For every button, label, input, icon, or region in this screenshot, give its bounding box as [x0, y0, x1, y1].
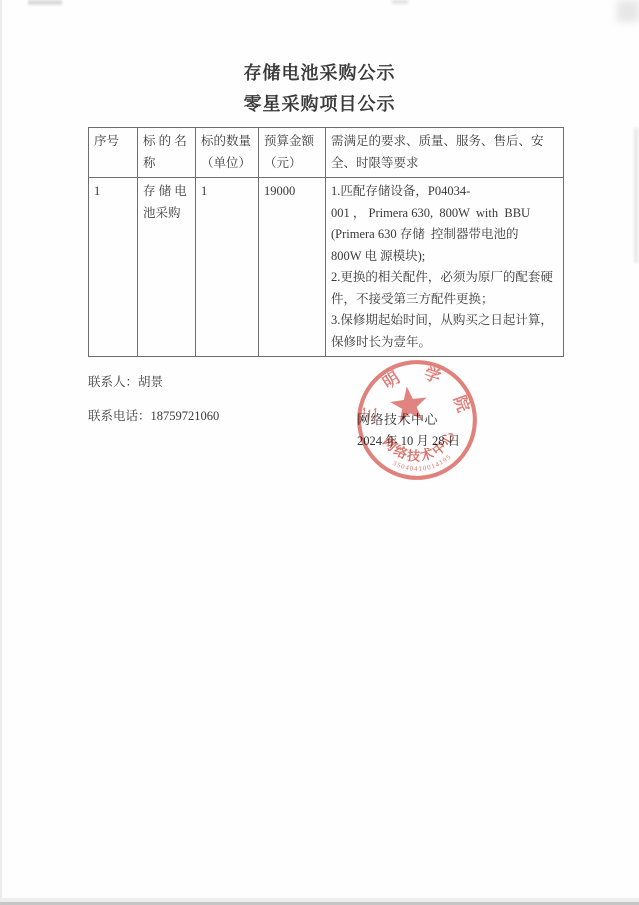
- document-body: 序号 标 的 名 称 标的数量 （单位） 预算金额 （元） 需满足的要求、质量、…: [0, 127, 639, 424]
- contact-phone-label: 联系电话：: [88, 409, 151, 423]
- procurement-table: 序号 标 的 名 称 标的数量 （单位） 预算金额 （元） 需满足的要求、质量、…: [88, 127, 564, 357]
- cell-name: 存 储 电 池采购: [138, 178, 196, 357]
- contact-block: 联系人：胡景 联系电话：18759721060: [88, 374, 563, 424]
- seal-number-arc: 35040410014195: [391, 453, 455, 476]
- signature-date: 2024 年 10 月 28 日: [357, 433, 460, 449]
- document-page: 存储电池采购公示 零星采购项目公示 序号 标 的 名 称 标的数量 （单位） 预…: [0, 0, 639, 905]
- document-subtitle: 零星采购项目公示: [0, 94, 639, 114]
- svg-text:35040410014195: 35040410014195: [391, 453, 455, 476]
- contact-person-label: 联系人：: [88, 375, 138, 389]
- col-header-requirements: 需满足的要求、质量、服务、售后、安 全、时限等要求: [326, 128, 564, 178]
- cell-index: 1: [89, 178, 138, 357]
- document-title: 存储电池采购公示: [0, 0, 639, 83]
- contact-person-value: 胡景: [138, 375, 163, 389]
- cell-budget: 19000: [259, 178, 326, 357]
- contact-person-row: 联系人：胡景: [88, 374, 563, 390]
- contact-phone-row: 联系电话：18759721060: [88, 408, 563, 424]
- col-header-name: 标 的 名 称: [138, 128, 196, 178]
- scan-artifact: [0, 898, 639, 902]
- col-header-quantity: 标的数量 （单位）: [196, 128, 259, 178]
- table-header-row: 序号 标 的 名 称 标的数量 （单位） 预算金额 （元） 需满足的要求、质量、…: [89, 128, 564, 178]
- table-row: 1 存 储 电 池采购 1 19000 1.匹配存储设备，P04034- 001…: [89, 178, 564, 357]
- cell-quantity: 1: [196, 178, 259, 357]
- col-header-index: 序号: [89, 128, 138, 178]
- signature-department: 网络技术中心: [357, 412, 460, 428]
- cell-requirements: 1.匹配存储设备，P04034- 001 ， Primera 630, 800W…: [326, 178, 564, 357]
- contact-phone-value: 18759721060: [151, 409, 220, 423]
- signature-block: 网络技术中心 2024 年 10 月 28 日: [357, 412, 460, 449]
- col-header-budget: 预算金额 （元）: [259, 128, 326, 178]
